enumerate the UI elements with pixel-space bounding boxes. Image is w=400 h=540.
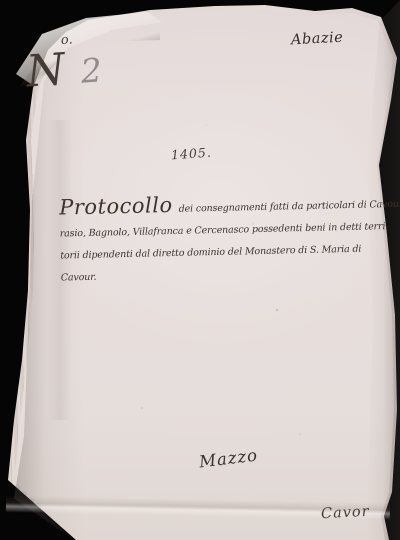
- archive-number-superscript: o.: [60, 32, 73, 48]
- cavor-label: Cavor: [321, 504, 370, 523]
- archive-number-value: 2: [79, 50, 103, 90]
- archive-number-prefix: N: [25, 44, 65, 97]
- protocol-lead-word: Protocollo: [59, 193, 173, 220]
- series-label: Abazie: [291, 30, 344, 49]
- archive-number: No.2: [24, 31, 103, 94]
- manuscript-photo: No.2 Abazie 1405. Protocollodei consegna…: [0, 0, 400, 540]
- protocol-line-1-text: dei consegnamenti fatti da particolari d…: [179, 198, 400, 215]
- year-label: 1405.: [171, 145, 213, 163]
- protocol-description: Protocollodei consegnamenti fatti da par…: [59, 189, 371, 289]
